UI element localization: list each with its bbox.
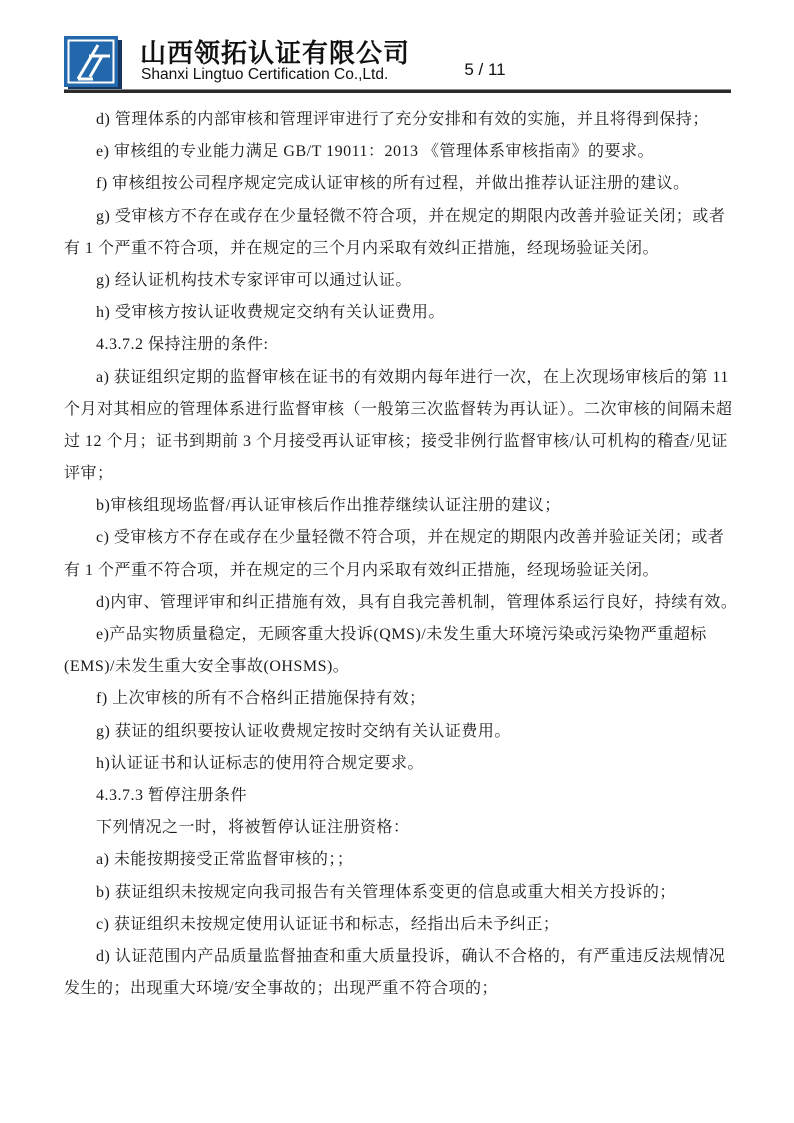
body-line: e) 审核组的专业能力满足 GB/T 19011：2013 《管理体系审核指南》… — [64, 136, 744, 168]
body-line: 4.3.7.2 保持注册的条件: — [64, 329, 744, 361]
lt-logo-icon — [64, 36, 122, 91]
body-line: d) 认证范围内产品质量监督抽查和重大质量投诉，确认不合格的，有严重违反法规情况 — [64, 941, 744, 973]
body-line: e)产品实物质量稳定，无顾客重大投诉(QMS)/未发生重大环境污染或污染物严重超… — [64, 619, 744, 651]
company-logo — [64, 36, 122, 91]
body-line: 个月对其相应的管理体系进行监督审核（一般第三次监督转为再认证）。二次审核的间隔未… — [64, 394, 744, 426]
company-name-en: Shanxi Lingtuo Certification Co.,Ltd. — [141, 66, 388, 84]
body-line: a) 未能按期接受正常监督审核的；； — [64, 844, 744, 876]
document-page: 山西领拓认证有限公司 Shanxi Lingtuo Certification … — [0, 0, 794, 1123]
body-line: 有 1 个严重不符合项，并在规定的三个月内采取有效纠正措施，经现场验证关闭。 — [64, 555, 744, 587]
body-line: 发生的；出现重大环境/安全事故的；出现严重不符合项的； — [64, 973, 744, 1005]
page-header: 山西领拓认证有限公司 Shanxi Lingtuo Certification … — [0, 0, 794, 104]
body-line: a) 获证组织定期的监督审核在证书的有效期内每年进行一次，在上次现场审核后的第 … — [64, 362, 744, 394]
body-line: c) 受审核方不存在或存在少量轻微不符合项，并在规定的期限内改善并验证关闭；或者 — [64, 522, 744, 554]
body-line: b) 获证组织未按规定向我司报告有关管理体系变更的信息或重大相关方投诉的； — [64, 877, 744, 909]
body-line: b)审核组现场监督/再认证审核后作出推荐继续认证注册的建议； — [64, 490, 744, 522]
body-line: f) 审核组按公司程序规定完成认证审核的所有过程，并做出推荐认证注册的建议。 — [64, 168, 744, 200]
body-line: h)认证证书和认证标志的使用符合规定要求。 — [64, 748, 744, 780]
body-line: g) 受审核方不存在或存在少量轻微不符合项，并在规定的期限内改善并验证关闭；或者 — [64, 201, 744, 233]
body-line: 有 1 个严重不符合项，并在规定的三个月内采取有效纠正措施，经现场验证关闭。 — [64, 233, 744, 265]
body-line: g) 获证的组织要按认证收费规定按时交纳有关认证费用。 — [64, 716, 744, 748]
body-line: (EMS)/未发生重大安全事故(OHSMS)。 — [64, 651, 744, 683]
body-line: 评审； — [64, 458, 744, 490]
document-body: d) 管理体系的内部审核和管理评审进行了充分安排和有效的实施，并且将得到保持；e… — [64, 104, 744, 1005]
company-name-zh: 山西领拓认证有限公司 — [140, 33, 410, 70]
body-line: 过 12 个月；证书到期前 3 个月接受再认证审核；接受非例行监督审核/认可机构… — [64, 426, 744, 458]
body-line: d) 管理体系的内部审核和管理评审进行了充分安排和有效的实施，并且将得到保持； — [64, 104, 744, 136]
body-line: d)内审、管理评审和纠正措施有效，具有自我完善机制，管理体系运行良好，持续有效。 — [64, 587, 744, 619]
header-rule — [64, 89, 731, 93]
body-line: c) 获证组织未按规定使用认证证书和标志，经指出后未予纠正； — [64, 909, 744, 941]
body-line: g) 经认证机构技术专家评审可以通过认证。 — [64, 265, 744, 297]
body-line: h) 受审核方按认证收费规定交纳有关认证费用。 — [64, 297, 744, 329]
body-line: 下列情况之一时，将被暂停认证注册资格： — [64, 812, 744, 844]
body-line: f) 上次审核的所有不合格纠正措施保持有效； — [64, 683, 744, 715]
page-number: 5 / 11 — [440, 60, 530, 80]
body-line: 4.3.7.3 暂停注册条件 — [64, 780, 744, 812]
